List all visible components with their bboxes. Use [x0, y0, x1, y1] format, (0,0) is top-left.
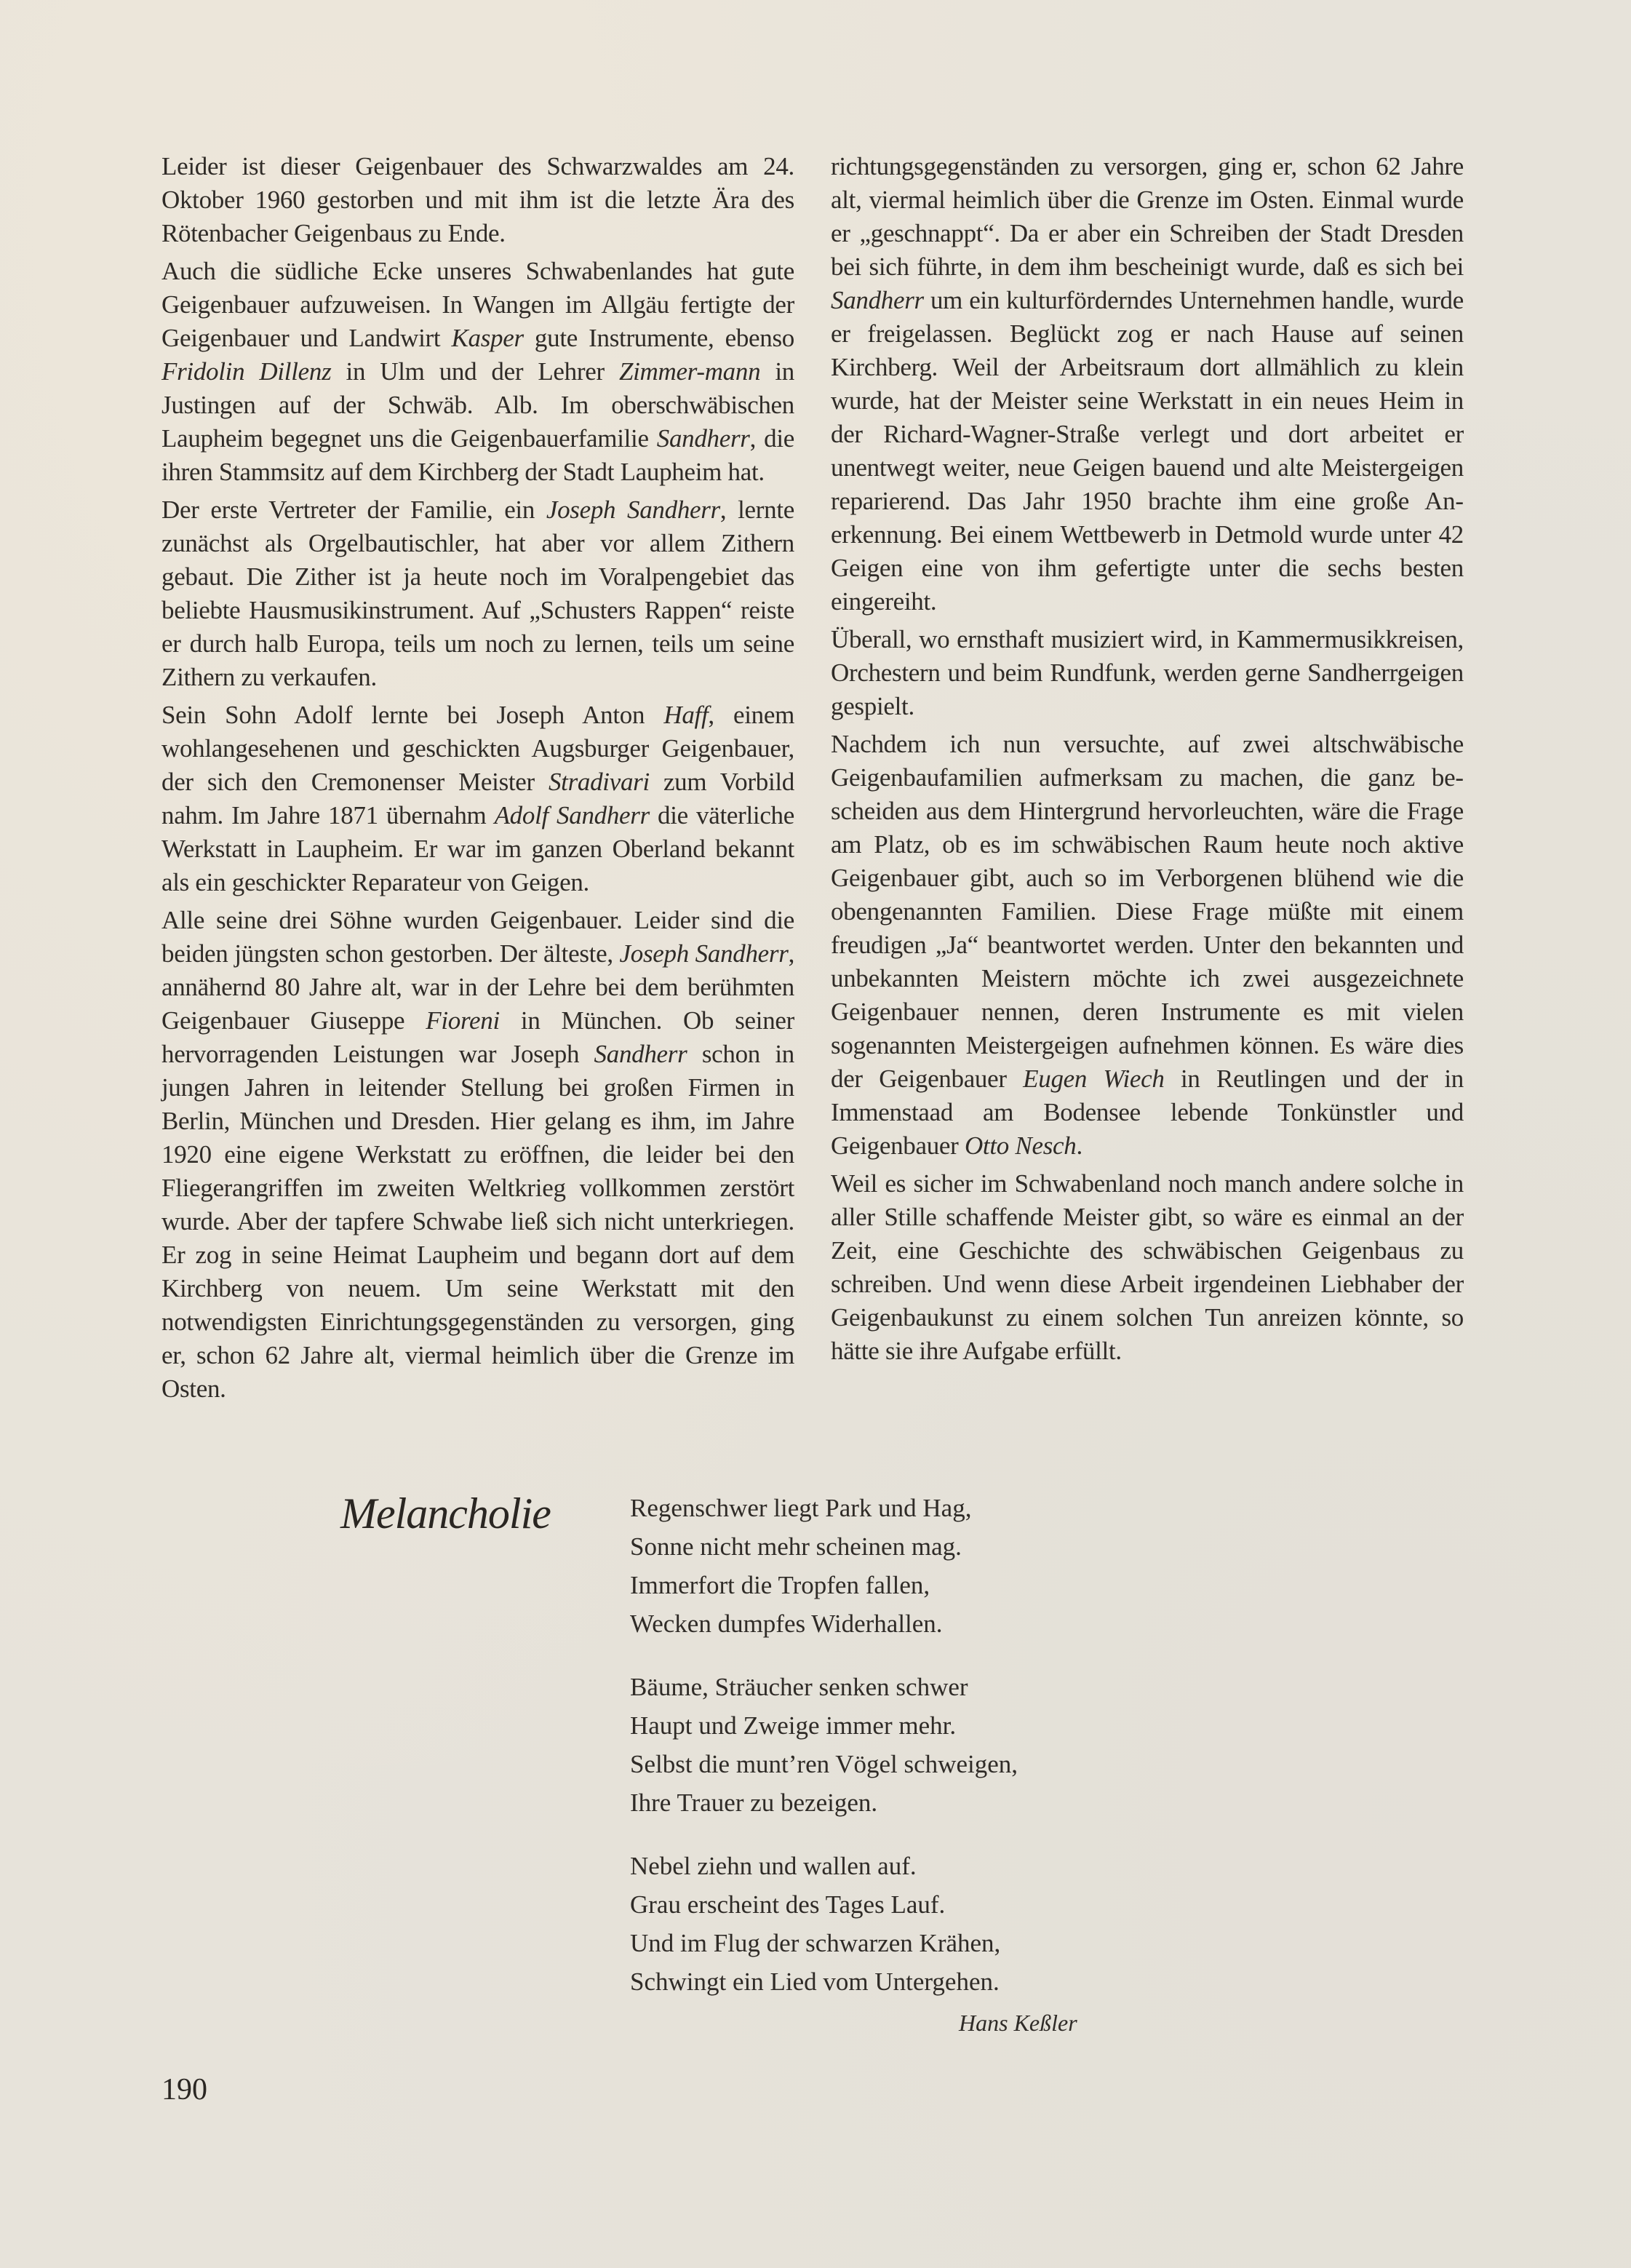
- poem-line: Ihre Trauer zu bezeigen.: [630, 1783, 1018, 1822]
- text-run: um ein kulturförderndes Unternehmen hand…: [831, 286, 1464, 616]
- book-page: Leider ist dieser Geigenbauer des Schwar…: [0, 0, 1631, 2268]
- paragraph: Der erste Vertreter der Familie, ein Jos…: [161, 493, 794, 694]
- poem-author: Hans Keßler: [959, 2010, 1077, 2037]
- paragraph: Leider ist dieser Geigenbauer des Schwar…: [161, 150, 794, 250]
- paragraph: Überall, wo ernsthaft musiziert wird, in…: [831, 623, 1464, 723]
- text-run: in Ulm und der Lehrer: [331, 357, 619, 386]
- poem-line: Sonne nicht mehr scheinen mag.: [630, 1527, 1018, 1566]
- poem-body: Regenschwer liegt Park und Hag, Sonne ni…: [630, 1489, 1018, 2026]
- text-run: Sein Sohn Adolf lernte bei Joseph Anton: [161, 701, 663, 729]
- italic-name: Zimmer-­mann: [619, 357, 760, 386]
- italic-name: Sandherr: [594, 1040, 687, 1068]
- text-run: Der erste Vertreter der Familie, ein: [161, 496, 546, 524]
- italic-name: Otto Nesch: [965, 1131, 1077, 1160]
- paragraph: Alle seine drei Söhne wurden Geigenbauer…: [161, 904, 794, 1406]
- poem-stanza: Regenschwer liegt Park und Hag, Sonne ni…: [630, 1489, 1018, 1643]
- italic-name: Eugen Wiech: [1023, 1065, 1164, 1093]
- article-column-right: richtungsgegenständen zu versorgen, ging…: [831, 150, 1464, 1372]
- poem-stanza: Bäume, Sträucher senken schwer Haupt und…: [630, 1668, 1018, 1822]
- poem-line: Grau erscheint des Tages Lauf.: [630, 1885, 1018, 1924]
- poem-line: Nebel ziehn und wallen auf.: [630, 1847, 1018, 1885]
- italic-name: Fioreni: [426, 1006, 500, 1035]
- poem-title: Melancholie: [340, 1489, 551, 1539]
- text-run: schon in jungen Jahren in leitender Stel…: [161, 1040, 794, 1403]
- page-number: 190: [161, 2072, 207, 2107]
- italic-name: Kasper: [451, 324, 523, 352]
- poem-line: Bäume, Sträucher senken schwer: [630, 1668, 1018, 1706]
- article-column-left: Leider ist dieser Geigenbauer des Schwar…: [161, 150, 794, 1410]
- text-run: .: [1076, 1131, 1082, 1160]
- italic-name: Sandherr: [657, 424, 750, 453]
- poem-line: Haupt und Zweige immer mehr.: [630, 1706, 1018, 1745]
- text-run: richtungsgegenständen zu versorgen, ging…: [831, 152, 1464, 281]
- text-run: Weil es sicher im Schwabenland noch manc…: [831, 1169, 1464, 1365]
- poem-line: Selbst die munt’ren Vögel schweigen,: [630, 1745, 1018, 1783]
- text-run: gute Instrumente, ebenso: [524, 324, 794, 352]
- italic-name: Adolf Sandherr: [495, 801, 650, 829]
- text-run: Nachdem ich nun versuchte, auf zwei alts…: [831, 730, 1464, 1093]
- text-run: , lernte zunächst als Orgelbautischler, …: [161, 496, 794, 691]
- italic-name: Joseph Sandherr: [620, 939, 789, 968]
- paragraph: Nachdem ich nun versuchte, auf zwei alts…: [831, 728, 1464, 1163]
- paragraph: richtungsgegenständen zu versorgen, ging…: [831, 150, 1464, 618]
- poem-line: Regenschwer liegt Park und Hag,: [630, 1489, 1018, 1527]
- italic-name: Fridolin Dillenz: [161, 357, 331, 386]
- paragraph: Sein Sohn Adolf lernte bei Joseph Anton …: [161, 699, 794, 899]
- italic-name: Haff: [663, 701, 708, 729]
- italic-name: Joseph Sandherr: [546, 496, 720, 524]
- italic-name: Stradivari: [549, 768, 650, 796]
- italic-name: Sandherr: [831, 286, 924, 314]
- text-run: Überall, wo ernsthaft musiziert wird, in…: [831, 625, 1464, 720]
- poem-line: Schwingt ein Lied vom Untergehen.: [630, 1962, 1018, 2001]
- poem-stanza: Nebel ziehn und wallen auf. Grau erschei…: [630, 1847, 1018, 2001]
- poem-line: Immerfort die Tropfen fallen,: [630, 1566, 1018, 1604]
- poem-line: Und im Flug der schwarzen Krähen,: [630, 1924, 1018, 1962]
- paragraph: Weil es sicher im Schwabenland noch manc…: [831, 1167, 1464, 1368]
- poem-line: Wecken dumpfes Widerhallen.: [630, 1604, 1018, 1643]
- paragraph: Auch die südliche Ecke unseres Schwabenl…: [161, 255, 794, 489]
- text-run: Leider ist dieser Geigenbauer des Schwar…: [161, 152, 794, 247]
